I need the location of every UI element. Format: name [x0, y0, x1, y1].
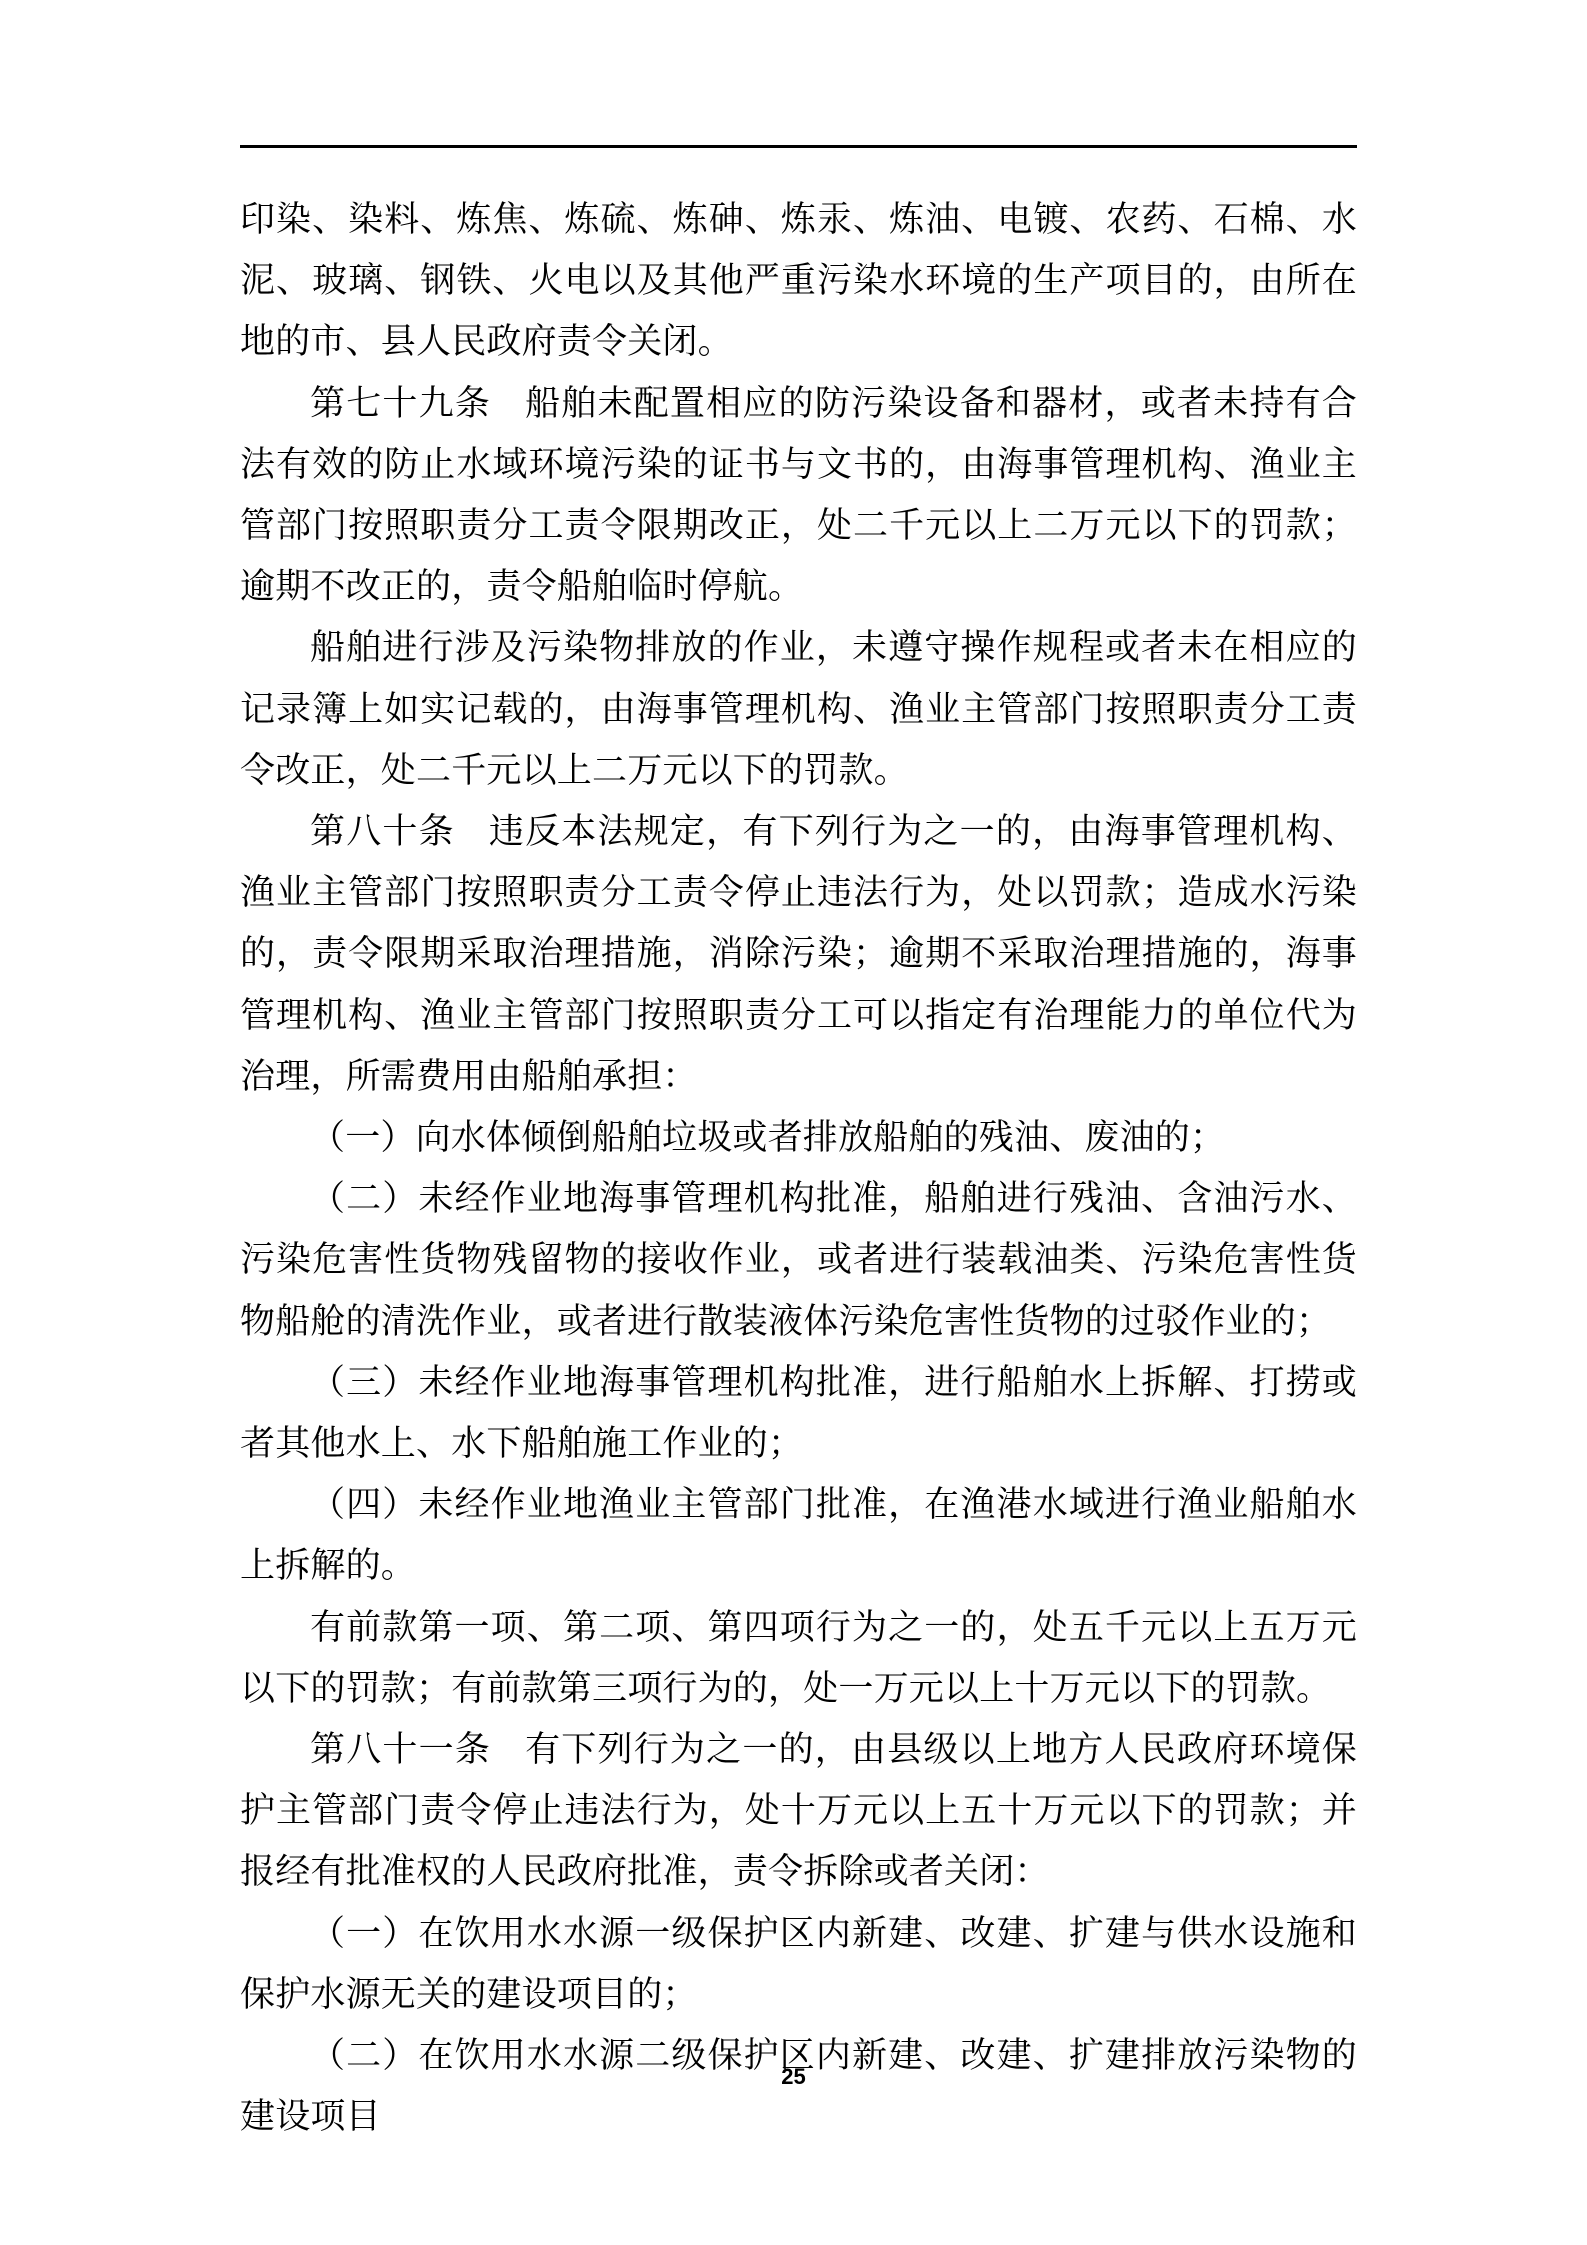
header-rule	[240, 145, 1357, 148]
document-body: 印染、染料、炼焦、炼硫、炼砷、炼汞、炼油、电镀、农药、石棉、水泥、玻璃、钢铁、火…	[240, 190, 1357, 2149]
article-81-item-1: （一）在饮用水水源一级保护区内新建、改建、扩建与供水设施和保护水源无关的建设项目…	[240, 1904, 1357, 2026]
paragraph-text: （一）在饮用水水源一级保护区内新建、改建、扩建与供水设施和保护水源无关的建设项目…	[240, 1914, 1357, 2015]
paragraph-text: （四）未经作业地渔业主管部门批准，在渔港水域进行渔业船舶水上拆解的。	[240, 1485, 1357, 1586]
article-79: 第七十九条船舶未配置相应的防污染设备和器材，或者未持有合法有效的防止水域环境污染…	[240, 374, 1357, 619]
article-number: 第七十九条	[310, 384, 491, 424]
paragraph-text: （一）向水体倾倒船舶垃圾或者排放船舶的残油、废油的；	[310, 1118, 1225, 1158]
article-80: 第八十条违反本法规定，有下列行为之一的，由海事管理机构、渔业主管部门按照职责分工…	[240, 802, 1357, 1108]
article-80-item-1: （一）向水体倾倒船舶垃圾或者排放船舶的残油、废油的；	[240, 1108, 1357, 1169]
paragraph-text: 船舶进行涉及污染物排放的作业，未遵守操作规程或者未在相应的记录簿上如实记载的，由…	[240, 628, 1357, 790]
article-80-item-3: （三）未经作业地海事管理机构批准，进行船舶水上拆解、打捞或者其他水上、水下船舶施…	[240, 1353, 1357, 1475]
article-number: 第八十一条	[310, 1730, 491, 1770]
paragraph-text: 违反本法规定，有下列行为之一的，由海事管理机构、渔业主管部门按照职责分工责令停止…	[240, 812, 1357, 1097]
paragraph-text: 印染、染料、炼焦、炼硫、炼砷、炼汞、炼油、电镀、农药、石棉、水泥、玻璃、钢铁、火…	[240, 200, 1357, 362]
article-80-item-4: （四）未经作业地渔业主管部门批准，在渔港水域进行渔业船舶水上拆解的。	[240, 1475, 1357, 1597]
paragraph-text: 有前款第一项、第二项、第四项行为之一的，处五千元以上五万元以下的罚款；有前款第三…	[240, 1608, 1357, 1709]
article-80-penalty-clause: 有前款第一项、第二项、第四项行为之一的，处五千元以上五万元以下的罚款；有前款第三…	[240, 1598, 1357, 1720]
paragraph-continuation: 印染、染料、炼焦、炼硫、炼砷、炼汞、炼油、电镀、农药、石棉、水泥、玻璃、钢铁、火…	[240, 190, 1357, 374]
article-81: 第八十一条有下列行为之一的，由县级以上地方人民政府环境保护主管部门责令停止违法行…	[240, 1720, 1357, 1904]
paragraph-text: （二）未经作业地海事管理机构批准，船舶进行残油、含油污水、污染危害性货物残留物的…	[240, 1179, 1357, 1341]
paragraph-text: （三）未经作业地海事管理机构批准，进行船舶水上拆解、打捞或者其他水上、水下船舶施…	[240, 1363, 1357, 1464]
article-80-item-2: （二）未经作业地海事管理机构批准，船舶进行残油、含油污水、污染危害性货物残留物的…	[240, 1169, 1357, 1353]
page-number: 25	[0, 2064, 1587, 2090]
article-79-clause-2: 船舶进行涉及污染物排放的作业，未遵守操作规程或者未在相应的记录簿上如实记载的，由…	[240, 618, 1357, 802]
article-number: 第八十条	[310, 812, 455, 852]
